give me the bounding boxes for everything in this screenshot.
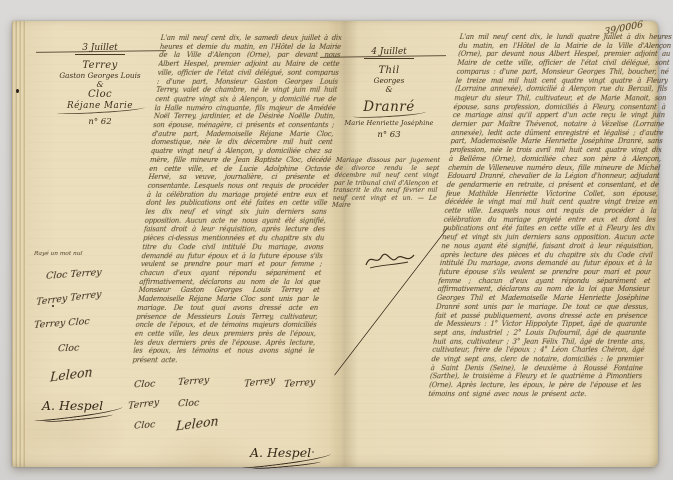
margin-signature: Leleon — [50, 364, 93, 384]
margin-signature: Cloc — [58, 343, 80, 355]
act-signature: Terrey — [284, 377, 316, 390]
scanned-register-photo: 3 Juillet Terrey Gaston Georges Louis & … — [0, 0, 673, 480]
ink-speck — [312, 451, 314, 453]
left-bride-surname: Cloc — [44, 89, 156, 100]
left-groom-given-names: Gaston Georges Louis — [44, 71, 156, 80]
right-ampersand: & — [336, 85, 442, 94]
right-act-number: n° 63 — [336, 130, 442, 140]
left-bride-given-names: Réjane Marie — [67, 101, 133, 111]
act-signature-officiant: A. Hespel — [250, 445, 311, 460]
margin-signature: Terrey Terrey — [36, 289, 102, 308]
left-groom-surname: Terrey — [44, 60, 156, 71]
left-margin-note: Rayé un mot nul — [34, 251, 145, 257]
left-act-body-text: L'an mil neuf cent dix, le samedi deux j… — [131, 34, 342, 378]
act-signature: Leleon — [176, 413, 219, 433]
margin-signature-officiant: A. Hespel — [42, 398, 103, 413]
register-open-spread: 3 Juillet Terrey Gaston Georges Louis & … — [12, 21, 658, 467]
right-act-date: 4 Juillet — [364, 47, 414, 59]
right-act-body-text: L'an mil neuf cent dix, le lundi quatre … — [424, 33, 672, 445]
margin-signature: Cloc Terrey — [46, 267, 102, 282]
left-margin-header: 3 Juillet Terrey Gaston Georges Louis & … — [44, 35, 156, 127]
right-margin-header: 4 Juillet Thil Georges & Dranré Marie He… — [336, 39, 442, 140]
left-act-date: 3 Juillet — [75, 43, 125, 55]
right-groom-surname: Thil — [336, 65, 442, 76]
ink-speck — [16, 89, 19, 93]
act-signature: Terrey — [128, 397, 160, 412]
right-bride-surname: Dranré — [363, 99, 414, 115]
mayor-signature-scribble — [364, 249, 416, 271]
act-signature: Cloc — [134, 419, 156, 432]
left-act-number: n° 62 — [44, 117, 156, 127]
right-bride-given-names: Marie Henriette Joséphine — [336, 119, 442, 127]
act-signature: Cloc — [178, 398, 200, 410]
left-ampersand: & — [44, 80, 156, 89]
divorce-margin-annotation: Mariage dissous par jugement de divorce … — [332, 157, 441, 210]
margin-signature: Terrey Cloc — [34, 316, 90, 331]
act-signature: Terrey — [244, 375, 276, 390]
act-signature: Cloc — [134, 379, 156, 391]
right-groom-given-names: Georges — [336, 76, 442, 85]
act-signature: Terrey — [178, 375, 210, 388]
ink-speck — [52, 305, 54, 307]
page-edge-stack — [12, 21, 27, 467]
